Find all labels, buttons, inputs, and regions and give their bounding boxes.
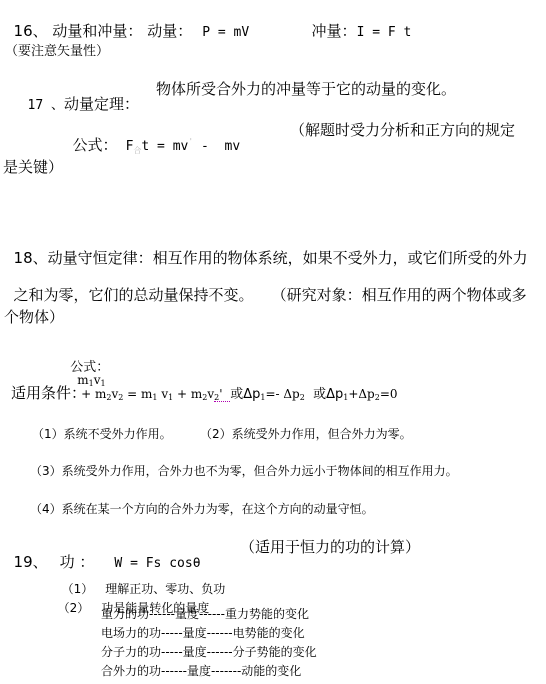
section-18-number: 18、 — [14, 249, 48, 267]
section-18-title: 动量守恒定律： — [48, 249, 153, 267]
section-18-formula: 公式： m1v1 + m2v2 = m1 v1 + m2v2' 或Δp1=- Δ… — [62, 348, 398, 415]
section-19-number: 19、 — [14, 553, 48, 571]
section-18-line1: 18、动量守恒定律：相互作用的物体系统，如果不受外力，或它们所受的外力 — [4, 236, 528, 266]
section-18-text-2a: 之和为零，它们的总动量保持不变。 — [14, 286, 254, 304]
impulse-label: 冲量： — [312, 22, 357, 40]
section-19-title: 功 ： — [60, 553, 95, 571]
section-17-formula: 公式：F合t = mv' - mv — [63, 123, 240, 155]
formula-minus-mv: - mv — [193, 139, 240, 154]
section-16-title: 动量和冲量： — [52, 22, 142, 40]
momentum-label: 动量： — [147, 22, 192, 40]
momentum-formula: P = mV — [202, 25, 249, 40]
section-17-statement: 物体所受合外力的冲量等于它的动量的变化。 — [156, 82, 456, 97]
relation-net-force: 合外力的功------量度-------动能的变化 — [101, 665, 301, 677]
section-19-note: （适用于恒力的功的计算） — [240, 540, 420, 555]
conditions-title: 适用条件： — [11, 386, 86, 401]
condition-4: （4）系统在某一个方向的合外力为零，在这个方向的动量守恒。 — [30, 503, 374, 515]
work-formula: W = Fs cosθ — [114, 556, 200, 571]
condition-3: （3）系统受外力作用，合外力也不为零，但合外力远小于物体间的相互作用力。 — [30, 465, 458, 477]
relation-molecular: 分子力的功-----量度------分子势能的变化 — [101, 646, 317, 658]
section-17-title: 动量定理： — [64, 95, 139, 113]
spellcheck-underline: 2' — [214, 387, 230, 402]
relation-electric: 电场力的功-----量度------电势能的变化 — [101, 627, 305, 639]
section-19-heading: 19、功 ：W = Fs cosθ — [4, 540, 201, 570]
section-18-text-1: 相互作用的物体系统，如果不受外力，或它们所受的外力 — [153, 249, 528, 267]
section-16-heading: 16、 动量和冲量： 动量：P = mV — [4, 9, 249, 39]
section-18-text-2b: （研究对象：相互作用的两个物体或多 — [272, 286, 527, 304]
section-17-note-line2: 是关键） — [3, 160, 63, 175]
condition-1: （1）系统不受外力作用。 — [32, 428, 172, 440]
section-16-note: （要注意矢量性） — [5, 45, 109, 58]
condition-2: （2）系统受外力作用，但合外力为零。 — [200, 428, 412, 440]
section-17-heading: 17 、动量定理： — [18, 82, 139, 112]
section-18-line2: 之和为零，它们的总动量保持不变。（研究对象：相互作用的两个物体或多 — [4, 273, 527, 303]
section-17-number: 17 、 — [28, 98, 64, 113]
impulse-formula: I = F t — [357, 25, 412, 40]
formula-label: 公式： — [73, 136, 118, 154]
section-17-note-line1: （解题时受力分析和正方向的规定 — [290, 123, 515, 138]
impulse-definition: 冲量：I = F t — [302, 9, 411, 39]
section-18-line3: 个物体） — [4, 310, 64, 325]
relation-gravity: 重力的功------量度------重力势能的变化 — [101, 608, 309, 620]
formula-body: t = mv — [141, 139, 188, 154]
section-16-number: 16、 — [14, 22, 48, 40]
